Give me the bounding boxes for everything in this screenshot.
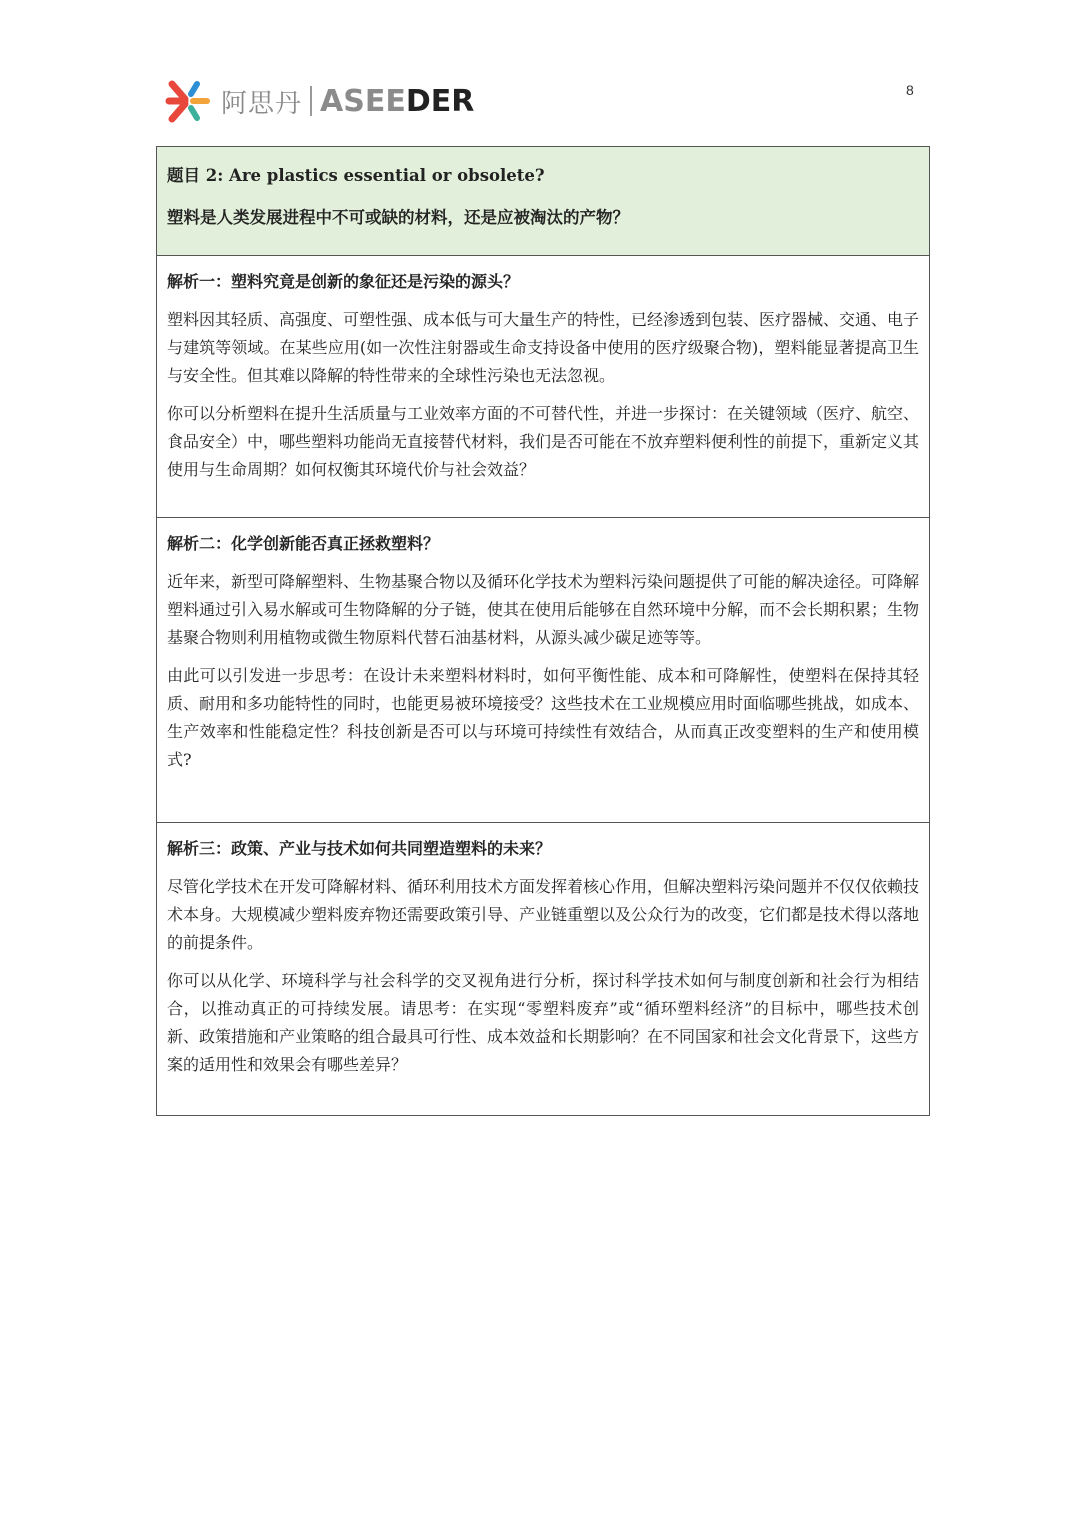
topic-title-cn: 塑料是人类发展进程中不可或缺的材料，还是应被淘汰的产物？ [167,203,919,233]
logo-english-text: ASEEDER [320,84,474,119]
analysis-section-2: 解析二：化学创新能否真正拯救塑料？ 近年来，新型可降解塑料、生物基聚合物以及循环… [157,517,929,822]
section-paragraph: 由此可以引发进一步思考：在设计未来塑料材料时，如何平衡性能、成本和可降解性，使塑… [167,662,919,774]
section-heading: 解析一：塑料究竟是创新的象征还是污染的源头？ [167,268,919,296]
section-heading: 解析三：政策、产业与技术如何共同塑造塑料的未来？ [167,835,919,863]
logo-en-part1: ASEE [320,84,406,119]
topic-title-row: 题目 2: Are plastics essential or obsolete… [157,147,929,255]
section-paragraph: 尽管化学技术在开发可降解材料、循环利用技术方面发挥着核心作用，但解决塑料污染问题… [167,873,919,957]
header-logo: 阿思丹 ASEEDER [163,74,474,128]
section-paragraph: 你可以分析塑料在提升生活质量与工业效率方面的不可替代性，并进一步探讨：在关键领域… [167,400,919,484]
section-paragraph: 你可以从化学、环境科学与社会科学的交叉视角进行分析，探讨科学技术如何与制度创新和… [167,967,919,1079]
section-paragraph: 近年来，新型可降解塑料、生物基聚合物以及循环化学技术为塑料污染问题提供了可能的解… [167,568,919,652]
aseeder-logo-icon [163,76,213,126]
logo-chinese-text: 阿思丹 [221,83,302,120]
page-number: 8 [906,82,914,98]
section-paragraph: 塑料因其轻质、高强度、可塑性强、成本低与可大量生产的特性，已经渗透到包装、医疗器… [167,306,919,390]
logo-en-part2: DER [406,84,475,119]
topic-title-en: 题目 2: Are plastics essential or obsolete… [167,161,919,191]
analysis-section-3: 解析三：政策、产业与技术如何共同塑造塑料的未来？ 尽管化学技术在开发可降解材料、… [157,822,929,1115]
logo-divider [310,86,312,116]
section-heading: 解析二：化学创新能否真正拯救塑料？ [167,530,919,558]
analysis-section-1: 解析一：塑料究竟是创新的象征还是污染的源头？ 塑料因其轻质、高强度、可塑性强、成… [157,255,929,517]
topic-table: 题目 2: Are plastics essential or obsolete… [156,146,930,1116]
